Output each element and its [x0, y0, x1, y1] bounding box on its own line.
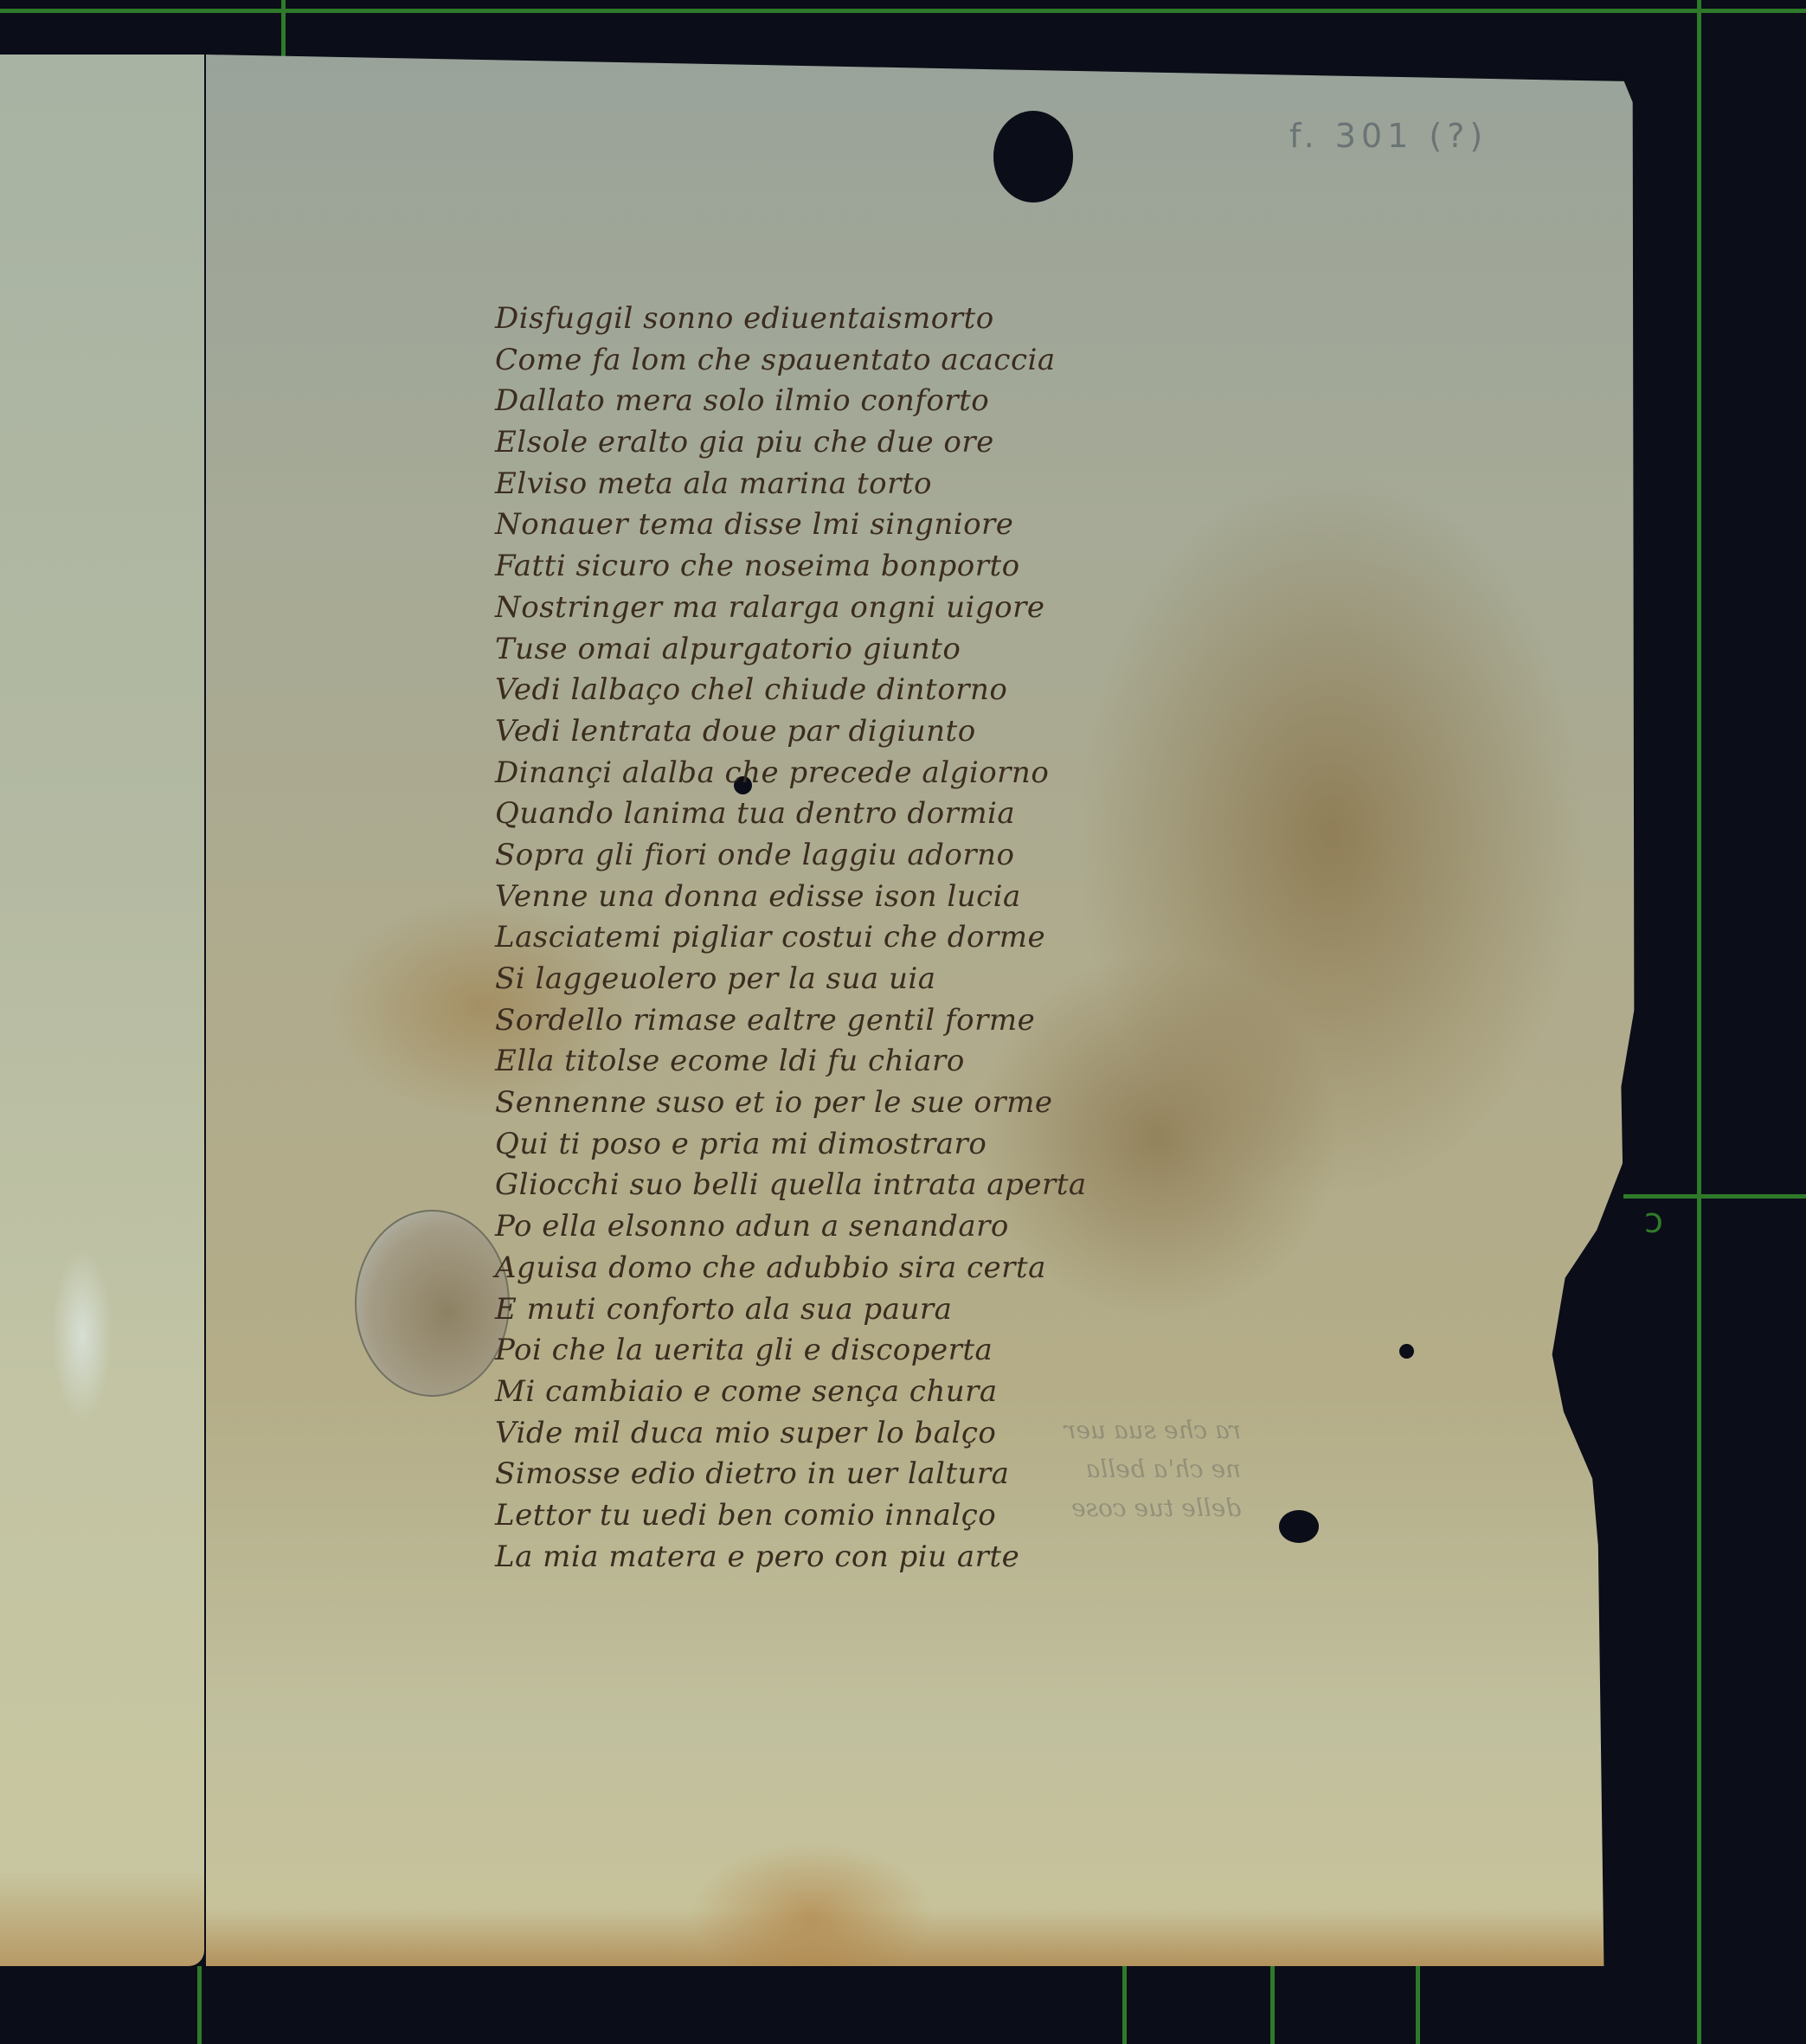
- verse-line: Dallato mera solo ilmio conforto: [495, 381, 1087, 422]
- grid-line-v4: [1416, 1960, 1420, 2044]
- foliation-mark: f. 301 (?): [1289, 117, 1488, 155]
- grid-line-v6: [197, 1966, 202, 2044]
- verse-line: Sordello rimase ealtre gentil forme: [495, 1000, 1087, 1042]
- verse-line: Nonauer tema disse lmi singniore: [495, 505, 1087, 546]
- verse-line: Come fa lom che spauentato acaccia: [495, 340, 1087, 382]
- parchment-repair-patch: [355, 1210, 510, 1397]
- verse-line: Mi cambiaio e come sença chura: [495, 1372, 1087, 1413]
- grid-line-mid: [1623, 1194, 1806, 1199]
- grid-line-top: [0, 9, 1806, 13]
- hole-medium: [1279, 1510, 1319, 1543]
- verse-line: Sopra gli fiori onde laggiu adorno: [495, 835, 1087, 877]
- verse-line: Simosse edio dietro in uer laltura: [495, 1454, 1087, 1495]
- verse-line: Lettor tu uedi ben comio innalço: [495, 1495, 1087, 1537]
- verse-line: Nostringer ma ralarga ongni uigore: [495, 588, 1087, 629]
- verse-line: Sennenne suso et io per le sue orme: [495, 1083, 1087, 1124]
- verse-line: Elviso meta ala marina torto: [495, 464, 1087, 505]
- verse-line: Vedi lalbaço chel chiude dintorno: [495, 670, 1087, 711]
- verse-line: Quando lanima tua dentro dormia: [495, 794, 1087, 835]
- grid-line-v3: [1270, 1966, 1275, 2044]
- bleed-through-text: ra che sua uer ne ch'a bella delle tue c…: [1064, 1411, 1241, 1527]
- verse-line: Venne una donna edisse ison lucia: [495, 877, 1087, 918]
- verse-column: Disfuggil sonno ediuentaismorto Come fa …: [495, 299, 1087, 1578]
- verse-line: Disfuggil sonno ediuentaismorto: [495, 299, 1087, 340]
- verse-line: Fatti sicuro che noseima bonporto: [495, 546, 1087, 588]
- verse-line: Tuse omai alpurgatorio giunto: [495, 629, 1087, 671]
- grid-line-v2: [1122, 1966, 1127, 2044]
- verse-line: Vedi lentrata doue par digiunto: [495, 711, 1087, 753]
- verse-line: Qui ti poso e pria mi dimostraro: [495, 1124, 1087, 1166]
- verse-line: Poi che la uerita gli e discoperta: [495, 1330, 1087, 1372]
- verse-line: Si laggeuolero per la sua uia: [495, 959, 1087, 1000]
- verse-line: Dinançi alalba che precede algiorno: [495, 753, 1087, 794]
- verse-line: Elsole eralto gia piu che due ore: [495, 422, 1087, 464]
- verse-line: Ella titolse ecome ldi fu chiaro: [495, 1041, 1087, 1083]
- grid-line-v5: [1697, 0, 1701, 2044]
- grid-line-v1: [281, 0, 286, 56]
- verse-line: Aguisa domo che adubbio sira certa: [495, 1248, 1087, 1289]
- grid-mark-c: c: [1644, 1201, 1663, 1241]
- verse-line: Lasciatemi pigliar costui che dorme: [495, 917, 1087, 959]
- verse-line: E muti conforto ala sua paura: [495, 1289, 1087, 1331]
- verse-line: Po ella elsonno adun a senandaro: [495, 1206, 1087, 1248]
- verse-line: Vide mil duca mio super lo balço: [495, 1413, 1087, 1455]
- hole-small-2: [1399, 1344, 1414, 1359]
- left-leaf-fragment: [0, 55, 204, 1966]
- verse-line: La mia matera e pero con piu arte: [495, 1537, 1087, 1578]
- verse-line: Gliocchi suo belli quella intrata aperta: [495, 1165, 1087, 1206]
- hole-large: [993, 111, 1073, 202]
